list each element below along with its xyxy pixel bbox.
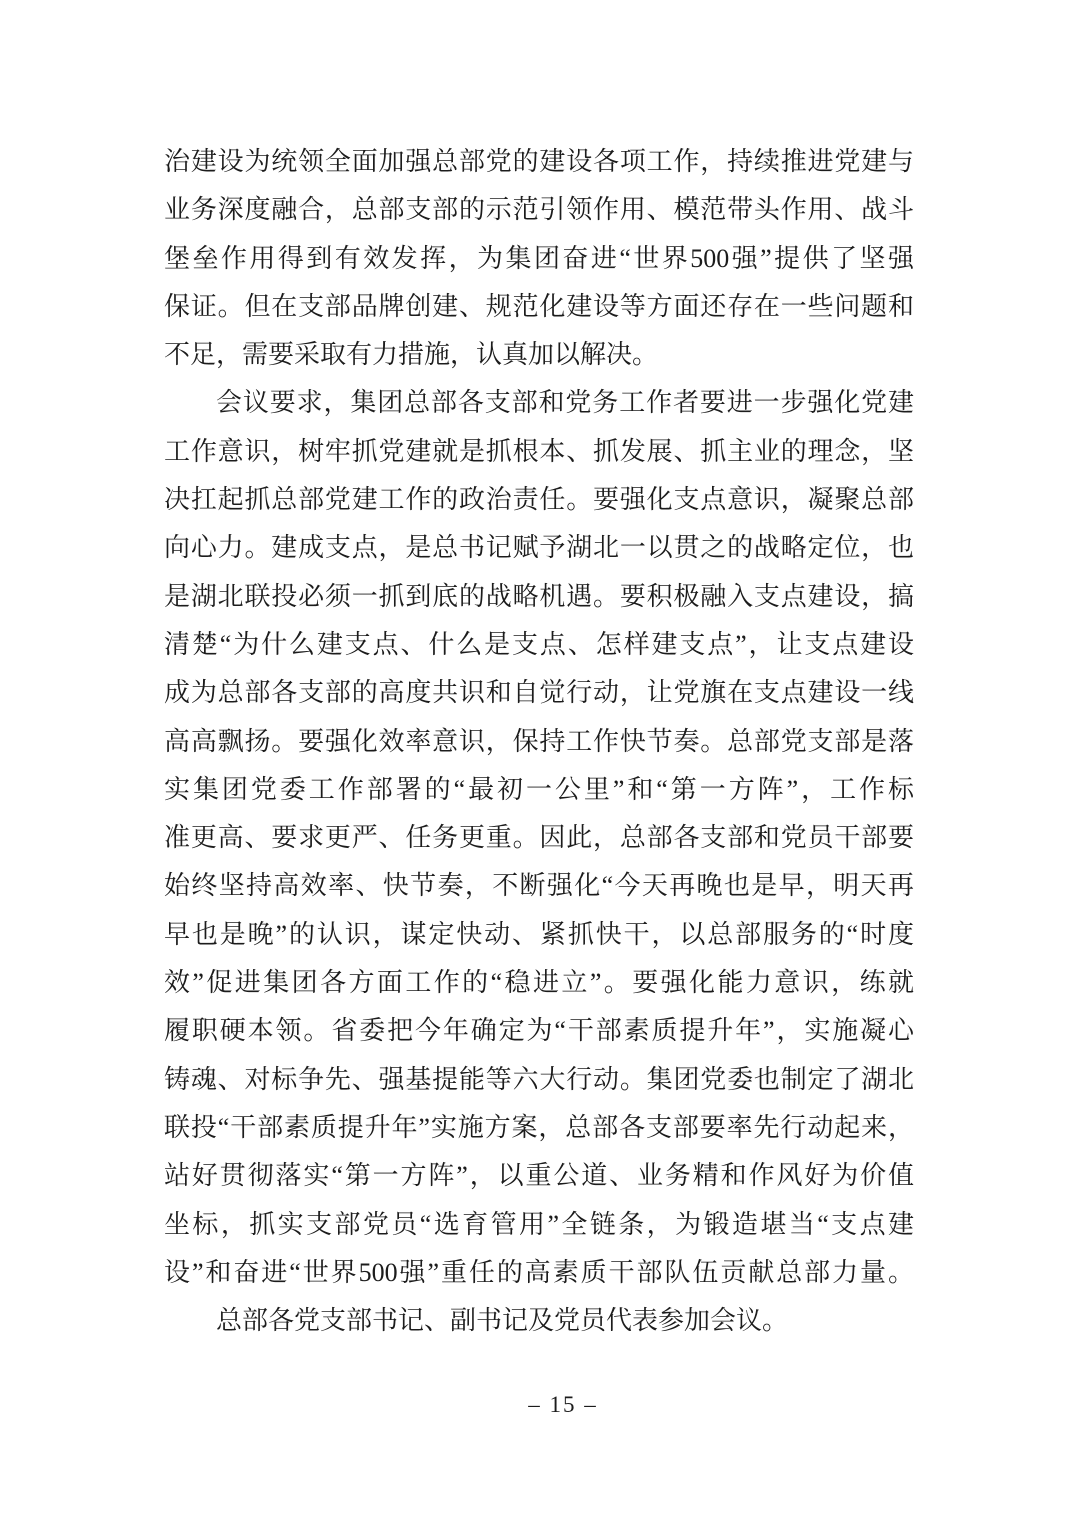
text-line: 早也是晚”的认识，谋定快动、紧抓快干，以总部服务的“时度 <box>164 911 914 959</box>
text-line: 是湖北联投必须一抓到底的战略机遇。要积极融入支点建设，搞 <box>164 573 914 621</box>
text-line: 决扛起抓总部党建工作的政治责任。要强化支点意识，凝聚总部 <box>164 476 914 524</box>
text-line: 总部各党支部书记、副书记及党员代表参加会议。 <box>164 1297 914 1345</box>
text-line: 高高飘扬。要强化效率意识，保持工作快节奏。总部党支部是落 <box>164 718 914 766</box>
text-line: 业务深度融合，总部支部的示范引领作用、模范带头作用、战斗 <box>164 186 914 234</box>
text-line: 实集团党委工作部署的“最初一公里”和“第一方阵”，工作标 <box>164 766 914 814</box>
text-line: 清楚“为什么建支点、什么是支点、怎样建支点”，让支点建设 <box>164 621 914 669</box>
text-line: 坐标，抓实支部党员“选育管用”全链条，为锻造堪当“支点建 <box>164 1201 914 1249</box>
text-line: 成为总部各支部的高度共识和自觉行动，让党旗在支点建设一线 <box>164 669 914 717</box>
text-line: 站好贯彻落实“第一方阵”，以重公道、业务精和作风好为价值 <box>164 1152 914 1200</box>
text-line: 联投“干部素质提升年”实施方案，总部各支部要率先行动起来， <box>164 1104 914 1152</box>
text-line: 治建设为统领全面加强总部党的建设各项工作，持续推进党建与 <box>164 138 914 186</box>
text-line: 堡垒作用得到有效发挥，为集团奋进“世界500强”提供了坚强 <box>164 235 914 283</box>
text-line: 履职硬本领。省委把今年确定为“干部素质提升年”，实施凝心 <box>164 1007 914 1055</box>
text-line: 始终坚持高效率、快节奏，不断强化“今天再晚也是早，明天再 <box>164 862 914 910</box>
text-line: 准更高、要求更严、任务更重。因此，总部各支部和党员干部要 <box>164 814 914 862</box>
text-line: 保证。但在支部品牌创建、规范化建设等方面还存在一些问题和 <box>164 283 914 331</box>
document-body: 治建设为统领全面加强总部党的建设各项工作，持续推进党建与业务深度融合，总部支部的… <box>164 138 914 1345</box>
text-line: 铸魂、对标争先、强基提能等六大行动。集团党委也制定了湖北 <box>164 1056 914 1104</box>
text-line: 不足，需要采取有力措施，认真加以解决。 <box>164 331 914 379</box>
text-line: 效”促进集团各方面工作的“稳进立”。要强化能力意识，练就 <box>164 959 914 1007</box>
text-line: 工作意识，树牢抓党建就是抓根本、抓发展、抓主业的理念，坚 <box>164 428 914 476</box>
text-line: 设”和奋进“世界500强”重任的高素质干部队伍贡献总部力量。 <box>164 1249 914 1297</box>
document-page: 治建设为统领全面加强总部党的建设各项工作，持续推进党建与业务深度融合，总部支部的… <box>0 0 1074 1520</box>
text-line: 会议要求，集团总部各支部和党务工作者要进一步强化党建 <box>164 379 914 427</box>
text-line: 向心力。建成支点，是总书记赋予湖北一以贯之的战略定位，也 <box>164 524 914 572</box>
page-number: – 15 – <box>0 1392 1074 1418</box>
